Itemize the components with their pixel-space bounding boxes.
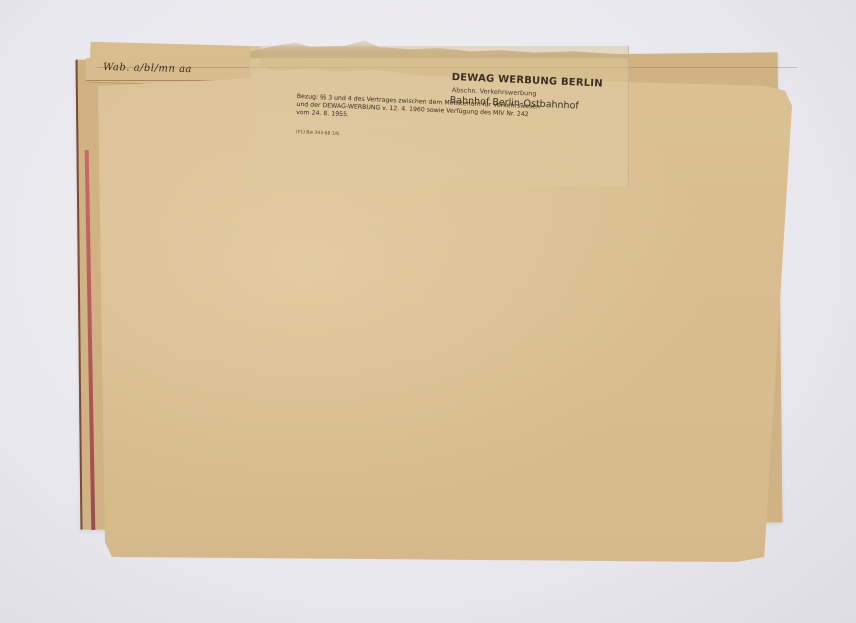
handwritten-note: Wab. a/bl/mn aa: [103, 62, 192, 75]
photo-scene: Wab. a/bl/mn aa DEWAG WERBUNG BERLIN Abs…: [0, 0, 856, 623]
